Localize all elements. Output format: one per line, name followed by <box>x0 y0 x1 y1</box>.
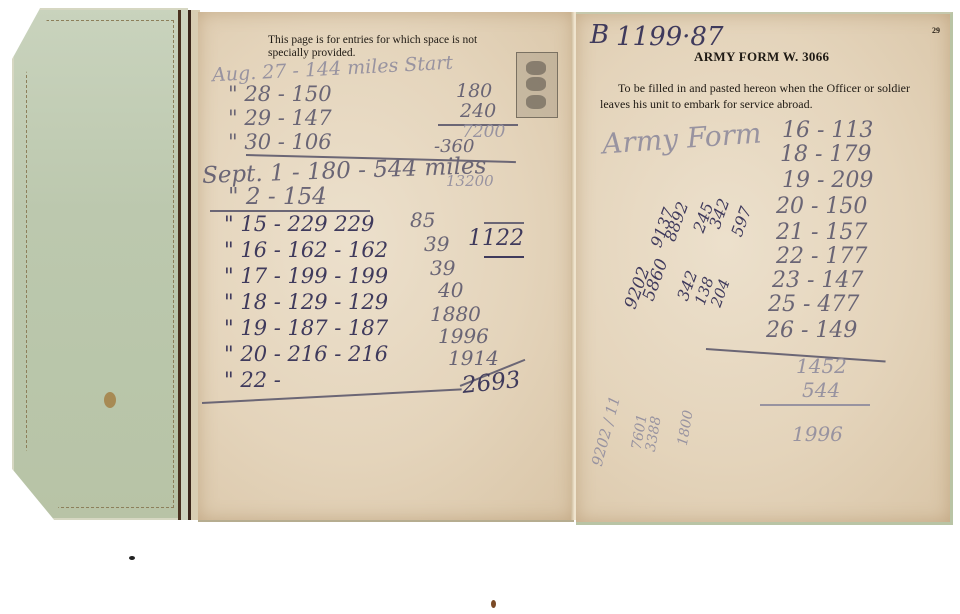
addend: 544 <box>802 378 840 402</box>
ledger-entry: 18 - 179 <box>780 142 871 167</box>
ledger-entry: " 17 - 199 - 199 <box>224 264 388 288</box>
grand-total: 2693 <box>461 367 522 399</box>
sum-value: 40 <box>438 278 463 302</box>
sum-value: 1880 <box>430 302 481 326</box>
page-number: 29 <box>932 26 940 35</box>
booklet: This page is for entries for which space… <box>0 0 960 614</box>
ledger-entry: 23 - 147 <box>772 268 863 293</box>
side-calc: 13200 <box>446 172 494 190</box>
rotated-calc: 5860 <box>639 256 673 303</box>
ledger-entry: " 28 - 150 <box>228 82 332 106</box>
stain-mark <box>104 392 116 408</box>
left-page: This page is for entries for which space… <box>198 12 574 522</box>
subtotal: 1452 <box>796 354 847 378</box>
divider-line <box>484 222 524 224</box>
ledger-entry: 26 - 149 <box>766 318 857 343</box>
ledger-entry: " 22 - <box>224 368 281 392</box>
boxed-total: 1122 <box>468 226 524 251</box>
reference-number: 1199·87 <box>616 22 724 52</box>
ledger-entry: " 30 - 106 <box>228 130 332 154</box>
ledger-entry: 21 - 157 <box>776 220 867 245</box>
side-calc: 180 <box>456 80 492 102</box>
rotated-note: 9202 / 11 <box>588 394 624 468</box>
debris-mark <box>129 556 135 560</box>
ledger-entry: 22 - 177 <box>776 244 867 269</box>
sum-value: 85 <box>410 208 435 232</box>
form-instruction: To be filled in and pasted hereon when t… <box>600 80 910 112</box>
ledger-entry: " 29 - 147 <box>228 106 332 130</box>
divider-line <box>760 404 870 406</box>
postage-stamp <box>516 52 558 118</box>
ledger-entry: " 2 - 154 <box>228 184 327 210</box>
book-spine <box>178 10 200 520</box>
handwritten-label: Army Form <box>601 116 762 160</box>
cloth-cover-flap <box>12 8 188 520</box>
ledger-entry: " 19 - 187 - 187 <box>224 316 388 340</box>
sum-value: 1914 <box>448 346 499 370</box>
ledger-entry: " 20 - 216 - 216 <box>224 342 388 366</box>
rotated-calc: 597 <box>727 204 755 239</box>
divider-line <box>484 256 524 258</box>
ledger-entry: " 16 - 162 - 162 <box>224 238 388 262</box>
sum-value: 1996 <box>438 324 489 348</box>
rotated-note: 1800 <box>675 409 697 447</box>
side-calc: 240 <box>460 100 496 122</box>
sum-value: 39 <box>430 256 455 280</box>
reference-prefix: B <box>590 20 609 50</box>
ledger-entry: 20 - 150 <box>776 194 867 219</box>
ledger-entry: " 18 - 129 - 129 <box>224 290 388 314</box>
header-line-1: This page is for entries for which space… <box>268 34 568 47</box>
ledger-entry: 25 - 477 <box>768 292 859 317</box>
form-title: ARMY FORM W. 3066 <box>694 49 829 65</box>
side-calc: -360 <box>434 136 474 157</box>
total: 1996 <box>792 422 843 446</box>
ledger-entry: 19 - 209 <box>782 168 873 193</box>
sum-value: 39 <box>424 232 449 256</box>
debris-mark <box>491 600 496 608</box>
ledger-entry: " 15 - 229 229 <box>224 212 374 236</box>
ledger-entry: 16 - 113 <box>782 118 873 143</box>
right-page: 29 B 1199·87 ARMY FORM W. 3066 To be fil… <box>576 12 953 525</box>
